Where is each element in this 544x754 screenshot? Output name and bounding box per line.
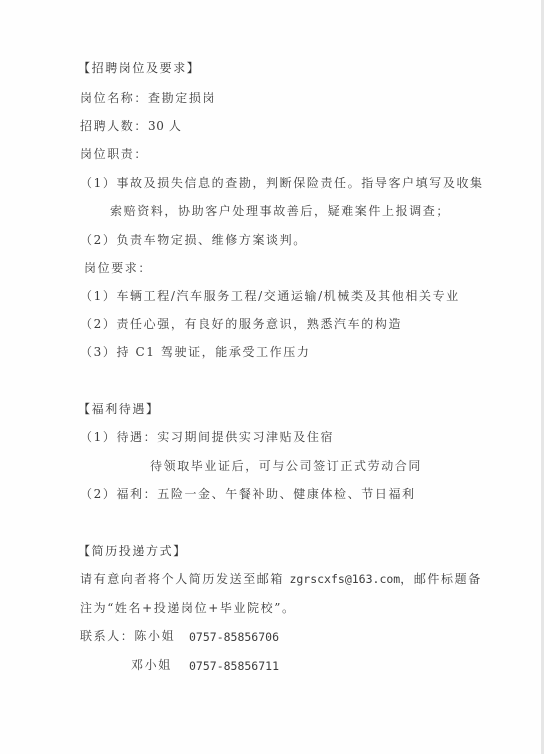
- application-instruction-line-2: 注为“姓名+投递岗位+毕业院校”。: [80, 600, 296, 616]
- headcount-value: 30 人: [148, 119, 181, 133]
- benefit-item-1: （1）待遇：实习期间提供实习津贴及住宿: [80, 429, 334, 445]
- application-instruction-line-1: 请有意向者将个人简历发送至邮箱 zgrscxfs@163.com，邮件标题备: [80, 571, 482, 587]
- instruction-suffix: ，邮件标题备: [400, 572, 482, 586]
- duty-index: （2）: [80, 233, 116, 247]
- benefit-text: 实习期间提供实习津贴及住宿: [157, 430, 334, 444]
- email-address[interactable]: zgrscxfs@163.com: [289, 572, 400, 586]
- instruction-prefix: 请有意向者将个人简历发送至邮箱: [80, 572, 284, 586]
- benefit-text: 五险一金、午餐补助、健康体检、节日福利: [157, 487, 415, 501]
- benefit-item-1-continuation: 待领取毕业证后，可与公司签订正式劳动合同: [150, 458, 422, 474]
- contact-name: 陈小姐: [134, 629, 175, 643]
- requirement-item-1: （1）车辆工程/汽车服务工程/交通运输/机械类及其他相关专业: [80, 288, 460, 304]
- requirement-text: 持 C1 驾驶证，能承受工作压力: [116, 345, 310, 359]
- section-heading-benefits: 【福利待遇】: [78, 401, 160, 417]
- duty-text: 事故及损失信息的查勘，判断保险责任。指导客户填写及收集: [116, 176, 483, 190]
- requirement-item-2: （2）责任心强，有良好的服务意识，熟悉汽车的构造: [80, 316, 402, 332]
- duty-item-2: （2）负责车物定损、维修方案谈判。: [80, 232, 307, 248]
- duties-label: 岗位职责：: [80, 146, 148, 162]
- benefit-item-2: （2）福利：五险一金、午餐补助、健康体检、节日福利: [80, 486, 416, 502]
- benefit-index: （1）: [80, 430, 116, 444]
- duty-item-1-continuation: 索赔资料，协助客户处理事故善后，疑难案件上报调查；: [110, 203, 450, 219]
- benefit-label: 待遇：: [116, 430, 157, 444]
- headcount-row: 招聘人数：30 人: [80, 118, 182, 134]
- contact-row-1: 联系人：陈小姐: [80, 628, 175, 644]
- duty-item-1: （1）事故及损失信息的查勘，判断保险责任。指导客户填写及收集: [80, 175, 484, 191]
- position-name-value: 查勘定损岗: [148, 91, 216, 105]
- position-name-row: 岗位名称：查勘定损岗: [80, 90, 216, 106]
- requirement-index: （1）: [80, 289, 116, 303]
- section-heading-recruitment: 【招聘岗位及要求】: [78, 60, 200, 76]
- document-page: 【招聘岗位及要求】 岗位名称：查勘定损岗 招聘人数：30 人 岗位职责： （1）…: [0, 0, 541, 754]
- section-heading-application: 【简历投递方式】: [78, 543, 187, 559]
- benefit-label: 福利：: [116, 487, 157, 501]
- requirement-text: 车辆工程/汽车服务工程/交通运输/机械类及其他相关专业: [116, 289, 459, 303]
- requirement-item-3: （3）持 C1 驾驶证，能承受工作压力: [80, 344, 310, 360]
- position-name-label: 岗位名称：: [80, 91, 148, 105]
- requirement-index: （2）: [80, 317, 116, 331]
- requirements-label: 岗位要求：: [84, 260, 152, 276]
- duty-text: 负责车物定损、维修方案谈判。: [116, 233, 306, 247]
- duty-index: （1）: [80, 176, 116, 190]
- contact-name-2: 邓小姐: [131, 657, 172, 673]
- requirement-text: 责任心强，有良好的服务意识，熟悉汽车的构造: [116, 317, 402, 331]
- headcount-label: 招聘人数：: [80, 119, 148, 133]
- contact-phone-1: 0757-85856706: [189, 629, 279, 645]
- benefit-index: （2）: [80, 487, 116, 501]
- contact-label: 联系人：: [80, 629, 134, 643]
- requirement-index: （3）: [80, 345, 116, 359]
- contact-phone-2: 0757-85856711: [189, 658, 279, 674]
